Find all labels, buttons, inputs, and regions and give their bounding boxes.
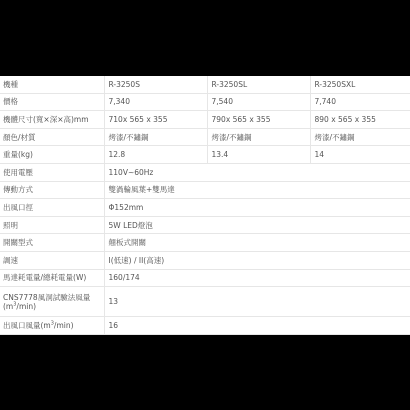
row-label: 機種: [0, 76, 104, 93]
cell: 790x 565 x 355: [207, 111, 310, 129]
table-row: 傳動方式 雙渦輪風葉+雙馬達: [0, 181, 410, 199]
row-label: 顏色/材質: [0, 128, 104, 146]
table-row: 調速 I(低速) / II(高速): [0, 251, 410, 269]
cell: 7,540: [207, 93, 310, 111]
table-row: 使用電壓 110V~60Hz: [0, 163, 410, 181]
cell: R-3250S: [104, 76, 207, 93]
table-row: 出風口徑 Φ152mm: [0, 199, 410, 217]
row-label: 出風口風量(m3/min): [0, 317, 104, 335]
table-row: 照明 5W LED燈泡: [0, 216, 410, 234]
cell: 烤漆/不鏽鋼: [310, 128, 410, 146]
cell: 7,340: [104, 93, 207, 111]
row-label: 傳動方式: [0, 181, 104, 199]
cell: 5W LED燈泡: [104, 216, 410, 234]
row-label: 價格: [0, 93, 104, 111]
table-row: 重量(kg) 12.8 13.4 14: [0, 146, 410, 164]
row-label: 使用電壓: [0, 163, 104, 181]
cell: 890 x 565 x 355: [310, 111, 410, 129]
row-label: 開關型式: [0, 234, 104, 252]
row-label: 機體尺寸(寬×深×高)mm: [0, 111, 104, 129]
table-row: 機體尺寸(寬×深×高)mm 710x 565 x 355 790x 565 x …: [0, 111, 410, 129]
cell: 110V~60Hz: [104, 163, 410, 181]
table-row: 開關型式 翹板式開關: [0, 234, 410, 252]
row-label: 馬達耗電量/總耗電量(W): [0, 269, 104, 287]
spec-table: 機種 R-3250S R-3250SL R-3250SXL 價格 7,340 7…: [0, 76, 410, 335]
row-label: 出風口徑: [0, 199, 104, 217]
cell: 13: [104, 287, 410, 317]
table-row: 價格 7,340 7,540 7,740: [0, 93, 410, 111]
spec-sheet: 機種 R-3250S R-3250SL R-3250SXL 價格 7,340 7…: [0, 76, 410, 334]
table-row: 馬達耗電量/總耗電量(W) 160/174: [0, 269, 410, 287]
cell: 16: [104, 317, 410, 335]
cell: 烤漆/不鏽鋼: [207, 128, 310, 146]
cell: 雙渦輪風葉+雙馬達: [104, 181, 410, 199]
cell: 14: [310, 146, 410, 164]
row-label: 照明: [0, 216, 104, 234]
cell: 烤漆/不鏽鋼: [104, 128, 207, 146]
row-label: 重量(kg): [0, 146, 104, 164]
table-row: CNS7778風洞試驗法風量(m3/min) 13: [0, 287, 410, 317]
cell: 翹板式開關: [104, 234, 410, 252]
cell: Φ152mm: [104, 199, 410, 217]
cell: 12.8: [104, 146, 207, 164]
table-row: 出風口風量(m3/min) 16: [0, 317, 410, 335]
cell: 13.4: [207, 146, 310, 164]
cell: 7,740: [310, 93, 410, 111]
cell: 710x 565 x 355: [104, 111, 207, 129]
cell: 160/174: [104, 269, 410, 287]
table-row: 機種 R-3250S R-3250SL R-3250SXL: [0, 76, 410, 93]
row-label: 調速: [0, 251, 104, 269]
table-row: 顏色/材質 烤漆/不鏽鋼 烤漆/不鏽鋼 烤漆/不鏽鋼: [0, 128, 410, 146]
row-label: CNS7778風洞試驗法風量(m3/min): [0, 287, 104, 317]
cell: I(低速) / II(高速): [104, 251, 410, 269]
cell: R-3250SXL: [310, 76, 410, 93]
cell: R-3250SL: [207, 76, 310, 93]
